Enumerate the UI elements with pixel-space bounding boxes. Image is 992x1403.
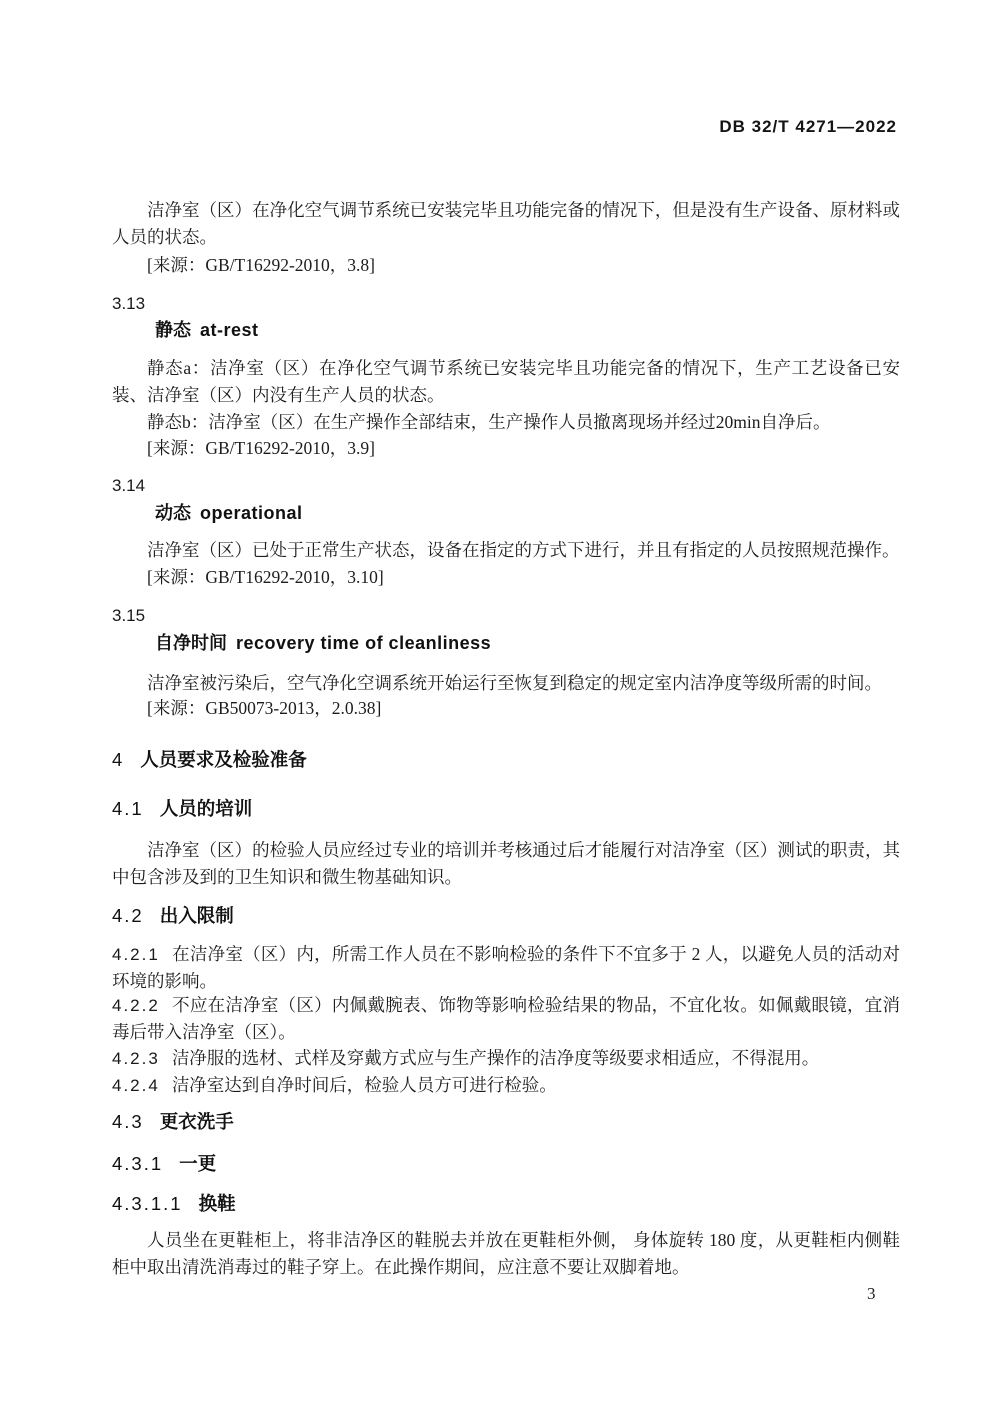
section-title: 一更 <box>179 1153 216 1174</box>
clause-text: 在洁净室（区）内，所需工作人员在不影响检验的条件下不宜多于 2 人，以避免人员的… <box>112 944 900 991</box>
section-title: 人员的培训 <box>160 798 253 819</box>
clause-number: 4.2.3 <box>112 1049 160 1068</box>
term-title-zh: 动态 <box>155 503 191 523</box>
section-number: 4 <box>112 749 124 770</box>
section-number: 4.3.1.1 <box>112 1193 183 1214</box>
clause-paragraph: 4.2.4洁净室达到自净时间后，检验人员方可进行检验。 <box>112 1072 900 1099</box>
term-title-zh: 自净时间 <box>155 633 227 653</box>
section-title: 更衣洗手 <box>160 1111 234 1132</box>
paragraph: 洁净室（区）在净化空气调节系统已安装完毕且功能完备的情况下，但是没有生产设备、原… <box>112 197 900 251</box>
section-heading: 4人员要求及检验准备 <box>112 746 900 773</box>
section-number: 4.2 <box>112 905 144 926</box>
term-number: 3.15 <box>112 602 900 629</box>
document-page: DB 32/T 4271—2022 洁净室（区）在净化空气调节系统已安装完毕且功… <box>0 0 992 1403</box>
section-title: 出入限制 <box>160 905 234 926</box>
term-title-en: recovery time of cleanliness <box>236 633 491 653</box>
clause-number: 4.2.4 <box>112 1076 160 1095</box>
clause-paragraph: 4.2.2不应在洁净室（区）内佩戴腕表、饰物等影响检验结果的物品，不宜化妆。如佩… <box>112 992 900 1046</box>
paragraph: 洁净室被污染后，空气净化空调系统开始运行至恢复到稳定的规定室内洁净度等级所需的时… <box>112 670 900 697</box>
term-title-en: operational <box>200 503 303 523</box>
section-heading: 4.3.1一更 <box>112 1150 900 1177</box>
paragraph: 洁净室（区）的检验人员应经过专业的培训并考核通过后才能履行对洁净室（区）测试的职… <box>112 837 900 891</box>
section-title: 换鞋 <box>199 1193 236 1214</box>
section-heading: 4.1人员的培训 <box>112 795 900 822</box>
section-number: 4.3 <box>112 1111 144 1132</box>
source-reference: [来源：GB/T16292-2010，3.9] <box>112 435 900 462</box>
paragraph: 静态b：洁净室（区）在生产操作全部结束，生产操作人员撤离现场并经过20min自净… <box>112 409 900 436</box>
source-reference: [来源：GB/T16292-2010，3.8] <box>112 252 900 279</box>
section-heading: 4.3.1.1换鞋 <box>112 1190 900 1217</box>
term-title-zh: 静态 <box>155 320 191 340</box>
clause-number: 4.2.1 <box>112 945 160 964</box>
section-title: 人员要求及检验准备 <box>140 749 307 770</box>
doc-number: DB 32/T 4271—2022 <box>719 117 897 137</box>
section-number: 4.1 <box>112 798 144 819</box>
paragraph: 洁净室（区）已处于正常生产状态，设备在指定的方式下进行，并且有指定的人员按照规范… <box>112 537 900 564</box>
clause-paragraph: 4.2.3洁净服的选材、式样及穿戴方式应与生产操作的洁净度等级要求相适应，不得混… <box>112 1045 900 1072</box>
clause-number: 4.2.2 <box>112 996 160 1015</box>
clause-text: 洁净室达到自净时间后，检验人员方可进行检验。 <box>172 1075 557 1095</box>
term-title: 动态operational <box>112 500 943 527</box>
term-title-en: at-rest <box>200 320 259 340</box>
clause-paragraph: 4.2.1在洁净室（区）内，所需工作人员在不影响检验的条件下不宜多于 2 人，以… <box>112 941 900 995</box>
clause-text: 洁净服的选材、式样及穿戴方式应与生产操作的洁净度等级要求相适应，不得混用。 <box>172 1048 820 1068</box>
term-number: 3.14 <box>112 472 900 499</box>
source-reference: [来源：GB/T16292-2010，3.10] <box>112 564 900 591</box>
term-number: 3.13 <box>112 290 900 317</box>
section-heading: 4.2出入限制 <box>112 902 900 929</box>
section-heading: 4.3更衣洗手 <box>112 1108 900 1135</box>
source-reference: [来源：GB50073-2013，2.0.38] <box>112 695 900 722</box>
paragraph: 人员坐在更鞋柜上，将非洁净区的鞋脱去并放在更鞋柜外侧， 身体旋转 180 度，从… <box>112 1227 900 1281</box>
paragraph: 静态a：洁净室（区）在净化空气调节系统已安装完毕且功能完备的情况下，生产工艺设备… <box>112 355 900 409</box>
clause-text: 不应在洁净室（区）内佩戴腕表、饰物等影响检验结果的物品，不宜化妆。如佩戴眼镜，宜… <box>112 995 900 1042</box>
section-number: 4.3.1 <box>112 1153 163 1174</box>
term-title: 静态at-rest <box>112 317 943 344</box>
page-number: 3 <box>867 1284 876 1304</box>
term-title: 自净时间recovery time of cleanliness <box>112 630 943 657</box>
